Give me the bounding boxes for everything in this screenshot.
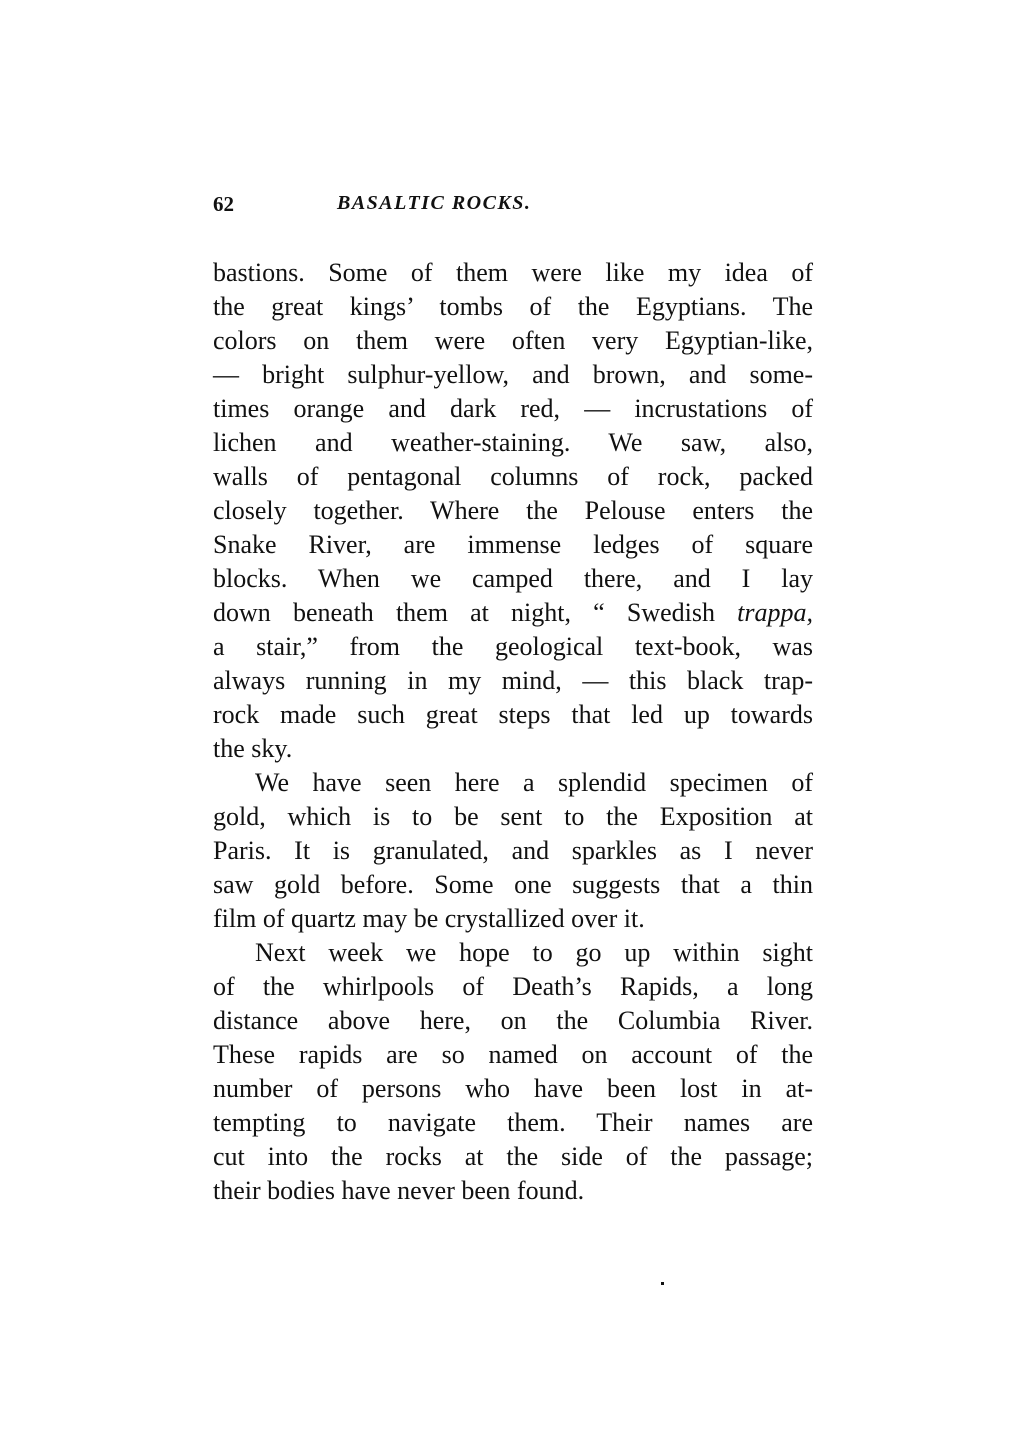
text-line: gold, which is to be sent to the Exposit… — [213, 800, 813, 834]
text-line: walls of pentagonal columns of rock, pac… — [213, 460, 813, 494]
text-line: colors on them were often very Egyptian-… — [213, 324, 813, 358]
text-line: always running in my mind, — this black … — [213, 664, 813, 698]
body-text: bastions. Some of them were like my idea… — [213, 256, 813, 1208]
text-line: the sky. — [213, 732, 813, 766]
text-fragment: down beneath them at night, “ Swedish — [213, 598, 737, 627]
text-line: distance above here, on the Columbia Riv… — [213, 1004, 813, 1038]
paragraph-1: bastions. Some of them were like my idea… — [213, 256, 813, 766]
page-number: 62 — [213, 192, 234, 217]
text-line: rock made such great steps that led up t… — [213, 698, 813, 732]
book-page: 62 BASALTIC ROCKS. bastions. Some of the… — [213, 190, 813, 1208]
text-line: closely together. Where the Pelouse ente… — [213, 494, 813, 528]
scan-speck — [661, 1282, 664, 1285]
italic-word: trappa, — [737, 598, 813, 627]
text-line: These rapids are so named on account of … — [213, 1038, 813, 1072]
text-line: down beneath them at night, “ Swedish tr… — [213, 596, 813, 630]
text-line: a stair,” from the geological text-book,… — [213, 630, 813, 664]
text-line: tempting to navigate them. Their names a… — [213, 1106, 813, 1140]
text-line: of the whirlpools of Death’s Rapids, a l… — [213, 970, 813, 1004]
text-line: the great kings’ tombs of the Egyptians.… — [213, 290, 813, 324]
paragraph-3: Next week we hope to go up within sight … — [213, 936, 813, 1208]
text-line: bastions. Some of them were like my idea… — [213, 256, 813, 290]
text-line: Next week we hope to go up within sight — [213, 936, 813, 970]
text-line: saw gold before. Some one suggests that … — [213, 868, 813, 902]
text-line: times orange and dark red, — incrustatio… — [213, 392, 813, 426]
text-line: blocks. When we camped there, and I lay — [213, 562, 813, 596]
text-line: number of persons who have been lost in … — [213, 1072, 813, 1106]
running-head: 62 BASALTIC ROCKS. — [213, 190, 813, 222]
text-line: cut into the rocks at the side of the pa… — [213, 1140, 813, 1174]
text-line: Snake River, are immense ledges of squar… — [213, 528, 813, 562]
running-title: BASALTIC ROCKS. — [337, 192, 531, 215]
text-line: film of quartz may be crystallized over … — [213, 902, 813, 936]
text-line: lichen and weather-staining. We saw, als… — [213, 426, 813, 460]
text-line: We have seen here a splendid specimen of — [213, 766, 813, 800]
text-line: Paris. It is granulated, and sparkles as… — [213, 834, 813, 868]
paragraph-2: We have seen here a splendid specimen of… — [213, 766, 813, 936]
text-line: — bright sulphur-yellow, and brown, and … — [213, 358, 813, 392]
text-line: their bodies have never been found. — [213, 1174, 813, 1208]
